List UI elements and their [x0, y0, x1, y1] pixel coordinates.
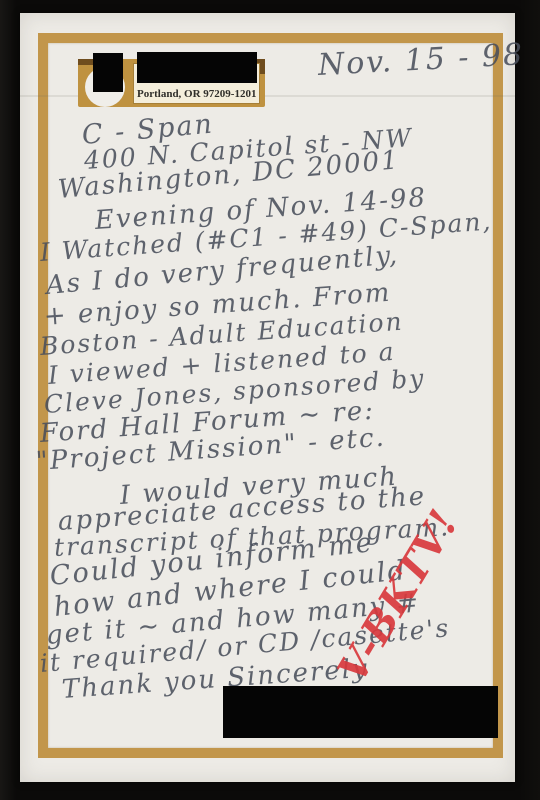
- letterhead-city-line: Portland, OR 97209-1201: [137, 88, 262, 100]
- redaction-box: [93, 53, 123, 92]
- letterhead-accent: [78, 59, 93, 65]
- scanned-letter: Portland, OR 97209-1201 Nov. 15 - 98 C -…: [0, 0, 540, 800]
- redaction-box: [137, 52, 257, 83]
- signature-redaction-box: [223, 686, 498, 738]
- letter-paper: Portland, OR 97209-1201 Nov. 15 - 98 C -…: [20, 13, 515, 782]
